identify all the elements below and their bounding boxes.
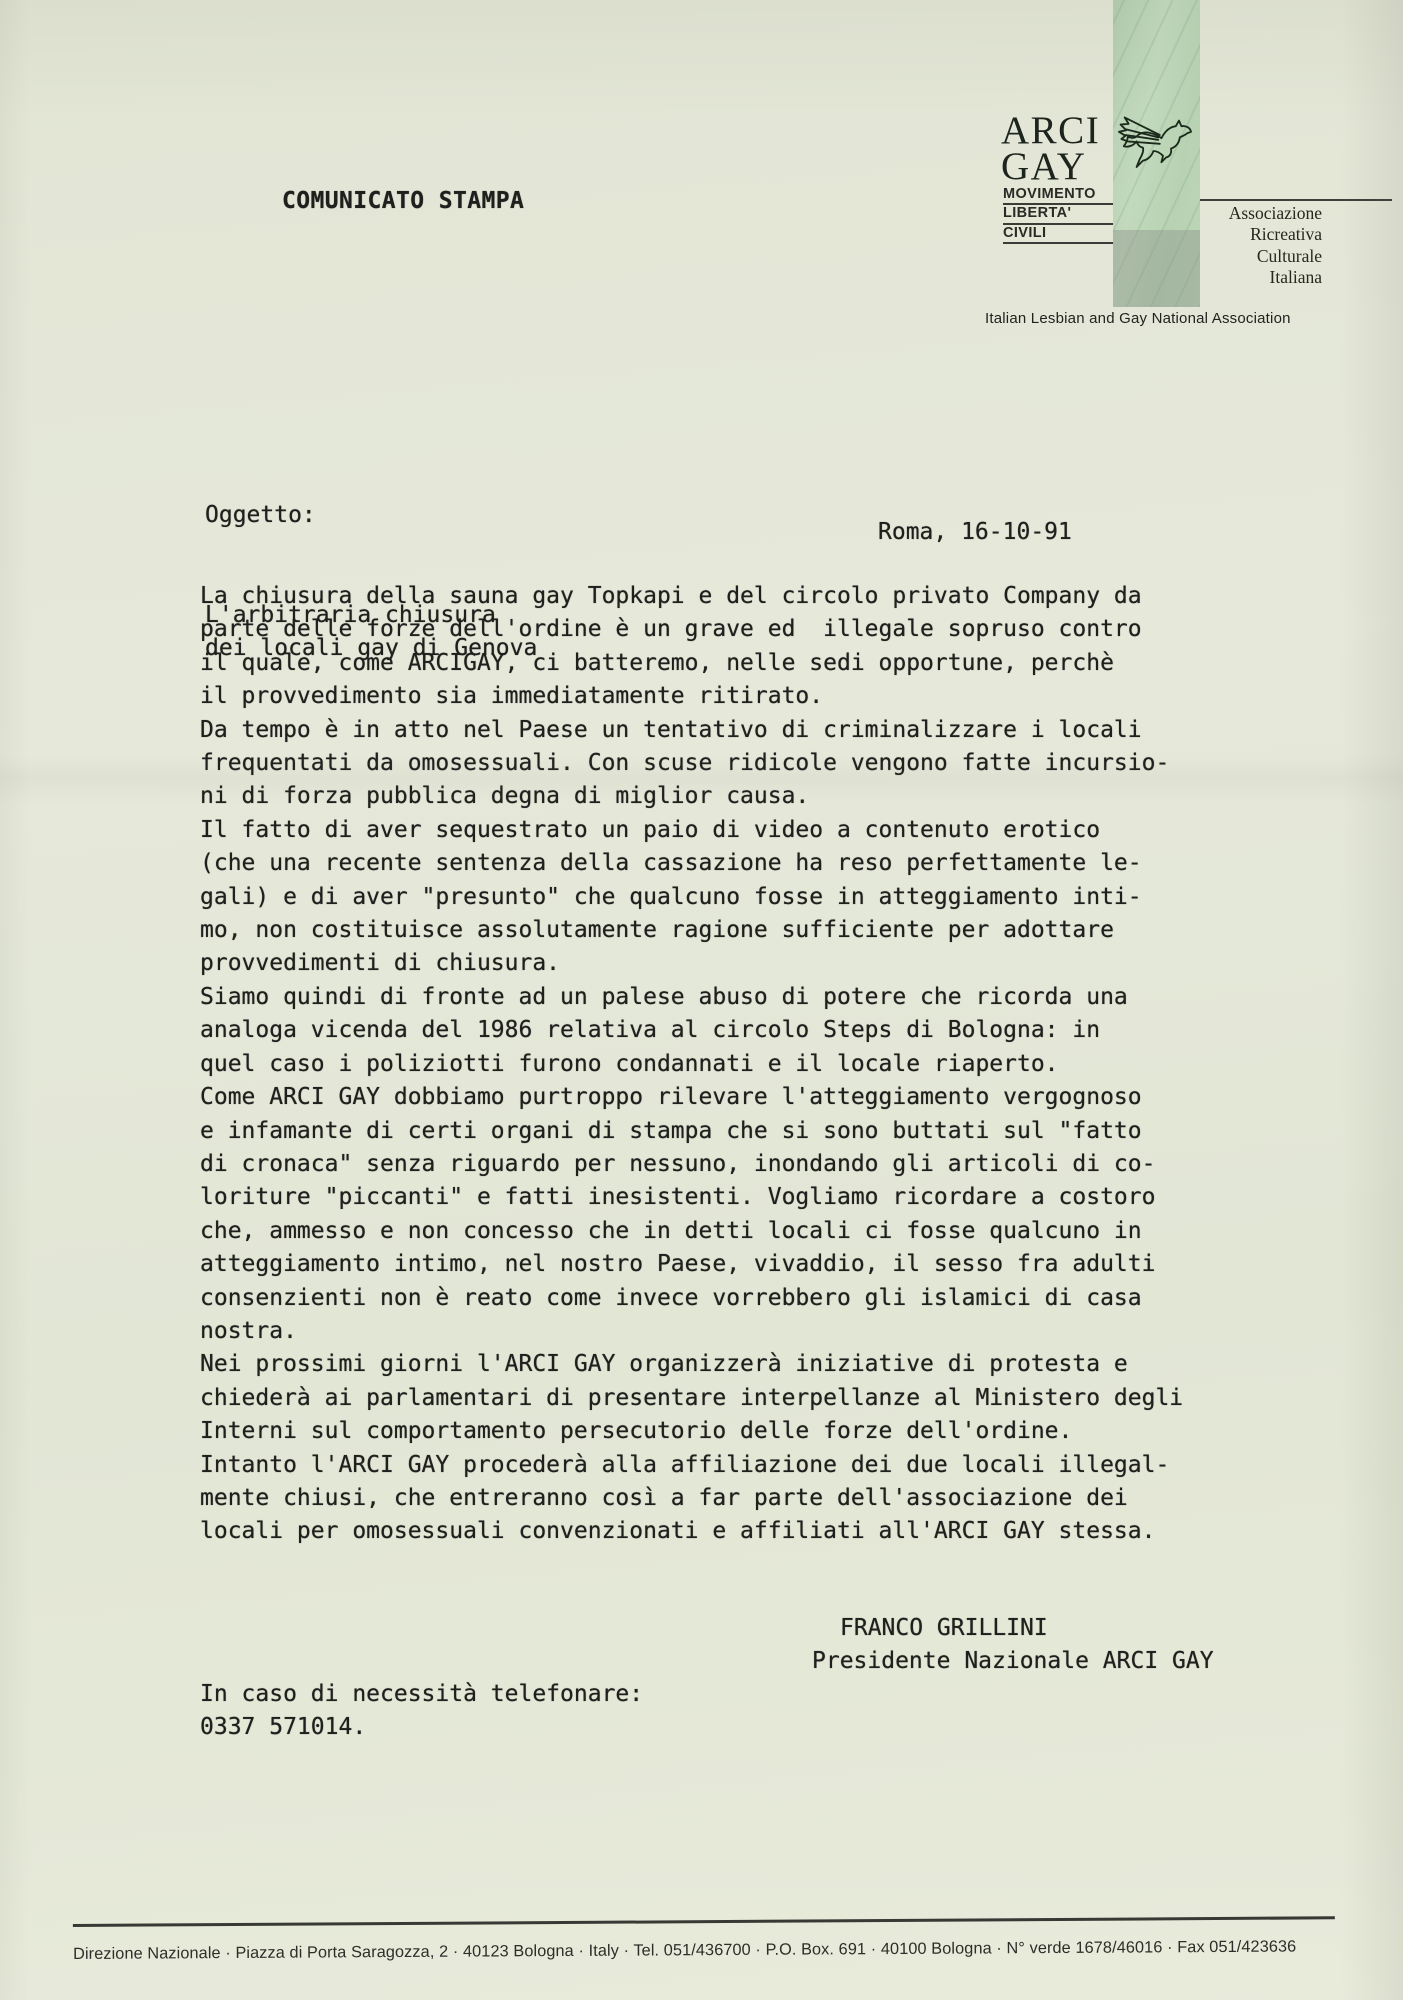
signature-title: Presidente Nazionale ARCI GAY [812,1645,1214,1678]
association-line: Italiana [1102,267,1322,288]
body-line: Siamo quindi di fronte ad un palese abus… [200,981,1183,1014]
footer-rule [73,1916,1335,1926]
wordmark-line-arci: ARCI [1001,113,1100,149]
movement-item: CIVILI [1003,225,1113,244]
body-line: che, ammesso e non concesso che in detti… [200,1215,1183,1248]
english-subtitle: Italian Lesbian and Gay National Associa… [985,310,1291,327]
subject-label: Oggetto: [205,499,537,532]
body-line: consenzienti non è reato come invece vor… [200,1282,1183,1315]
body-line: Come ARCI GAY dobbiamo purtroppo rilevar… [200,1081,1183,1114]
contact-block: In caso di necessità telefonare:0337 571… [200,1678,643,1745]
body-line: Interni sul comportamento persecutorio d… [200,1415,1183,1448]
movement-item: MOVIMENTO [1003,186,1113,205]
body-line: provvedimenti di chiusura. [200,947,1183,980]
body-line: locali per omosessuali convenzionati e a… [200,1515,1183,1548]
body-line: parte delle forze dell'ordine è un grave… [200,613,1183,646]
body-line: ni di forza pubblica degna di miglior ca… [200,780,1183,813]
body-line: analoga vicenda del 1986 relativa al cir… [200,1014,1183,1047]
association-line: Associazione [1102,203,1322,224]
body-line: atteggiamento intimo, nel nostro Paese, … [200,1248,1183,1281]
body-line: il provvedimento sia immediatamente riti… [200,680,1183,713]
body-line: mente chiusi, che entreranno così a far … [200,1482,1183,1515]
body-line: chiederà ai parlamentari di presentare i… [200,1382,1183,1415]
signature-name: FRANCO GRILLINI [840,1612,1048,1645]
movement-list: MOVIMENTOLIBERTA'CIVILI [1003,186,1113,244]
body-line: loriture "piccanti" e fatti inesistenti.… [200,1181,1183,1214]
press-release-title: COMUNICATO STAMPA [282,187,524,215]
association-name: AssociazioneRicreativaCulturaleItaliana [1102,203,1322,289]
pegasus-icon [1115,110,1195,184]
contact-line: In caso di necessità telefonare: [200,1678,643,1711]
letterhead-rule [1200,199,1392,201]
movement-item: LIBERTA' [1003,205,1113,224]
wordmark-line-gay: GAY [1001,149,1100,185]
body-line: La chiusura della sauna gay Topkapi e de… [200,580,1183,613]
body-line: di cronaca" senza riguardo per nessuno, … [200,1148,1183,1181]
association-line: Ricreativa [1102,224,1322,245]
body-text: La chiusura della sauna gay Topkapi e de… [200,580,1183,1549]
body-line: il quale, come ARCIGAY, ci batteremo, ne… [200,647,1183,680]
footer: Direzione Nazionale · Piazza di Porta Sa… [73,1916,1343,1963]
body-line: mo, non costituisce assolutamente ragion… [200,914,1183,947]
body-line: gali) e di aver "presunto" che qualcuno … [200,881,1183,914]
arcigay-wordmark: ARCI GAY [1001,113,1100,185]
contact-line: 0337 571014. [200,1711,643,1744]
footer-text: Direzione Nazionale · Piazza di Porta Sa… [73,1936,1343,1964]
body-line: Il fatto di aver sequestrato un paio di … [200,814,1183,847]
body-line: frequentati da omosessuali. Con scuse ri… [200,747,1183,780]
dateline: Roma, 16-10-91 [878,516,1072,549]
body-line: nostra. [200,1315,1183,1348]
body-line: quel caso i poliziotti furono condannati… [200,1048,1183,1081]
body-line: Nei prossimi giorni l'ARCI GAY organizze… [200,1348,1183,1381]
body-line: e infamante di certi organi di stampa ch… [200,1115,1183,1148]
letter-page: ARCI GAY MOVIMENTOLIBERTA'CIVILI Associa… [0,0,1403,2000]
body-line: Intanto l'ARCI GAY procederà alla affili… [200,1449,1183,1482]
association-line: Culturale [1102,246,1322,267]
body-line: (che una recente sentenza della cassazio… [200,847,1183,880]
body-line: Da tempo è in atto nel Paese un tentativ… [200,714,1183,747]
